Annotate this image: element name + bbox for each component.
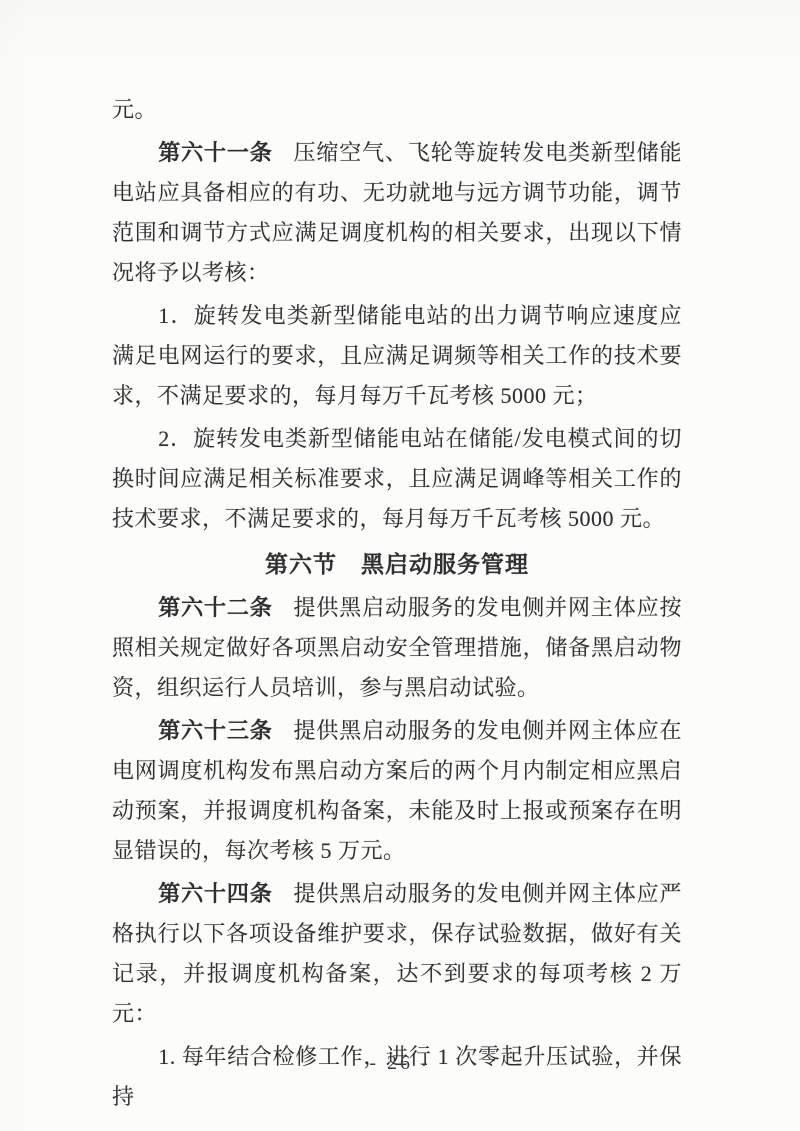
article-61-item-1: 1．旋转发电类新型储能电站的出力调节响应速度应满足电网运行的要求，且应满足调频等… — [112, 296, 682, 416]
article-64-item-1: 1. 每年结合检修工作，进行 1 次零起升压试验，并保持 — [112, 1037, 682, 1117]
article-63-paragraph: 第六十三条提供黑启动服务的发电侧并网主体应在电网调度机构发布黑启动方案后的两个月… — [112, 711, 682, 871]
article-62-number: 第六十二条 — [158, 595, 272, 620]
article-62-paragraph: 第六十二条提供黑启动服务的发电侧并网主体应按照相关规定做好各项黑启动安全管理措施… — [112, 588, 682, 708]
document-body: 元。 第六十一条压缩空气、飞轮等旋转发电类新型储能电站应具备相应的有功、无功就地… — [112, 90, 682, 1120]
page-footer: - 26 - — [0, 1052, 800, 1075]
article-64-number: 第六十四条 — [158, 881, 272, 906]
article-64-paragraph: 第六十四条提供黑启动服务的发电侧并网主体应严格执行以下各项设备维护要求，保存试验… — [112, 874, 682, 1034]
page-number: - 26 - — [369, 1052, 430, 1074]
article-63-number: 第六十三条 — [158, 718, 272, 743]
article-61-number: 第六十一条 — [158, 140, 272, 165]
article-61-paragraph: 第六十一条压缩空气、飞轮等旋转发电类新型储能电站应具备相应的有功、无功就地与远方… — [112, 133, 682, 293]
article-61-item-2: 2．旋转发电类新型储能电站在储能/发电模式间的切换时间应满足相关标准要求，且应满… — [112, 419, 682, 539]
section-6-heading: 第六节 黑启动服务管理 — [112, 545, 682, 585]
continued-paragraph: 元。 — [112, 90, 682, 130]
